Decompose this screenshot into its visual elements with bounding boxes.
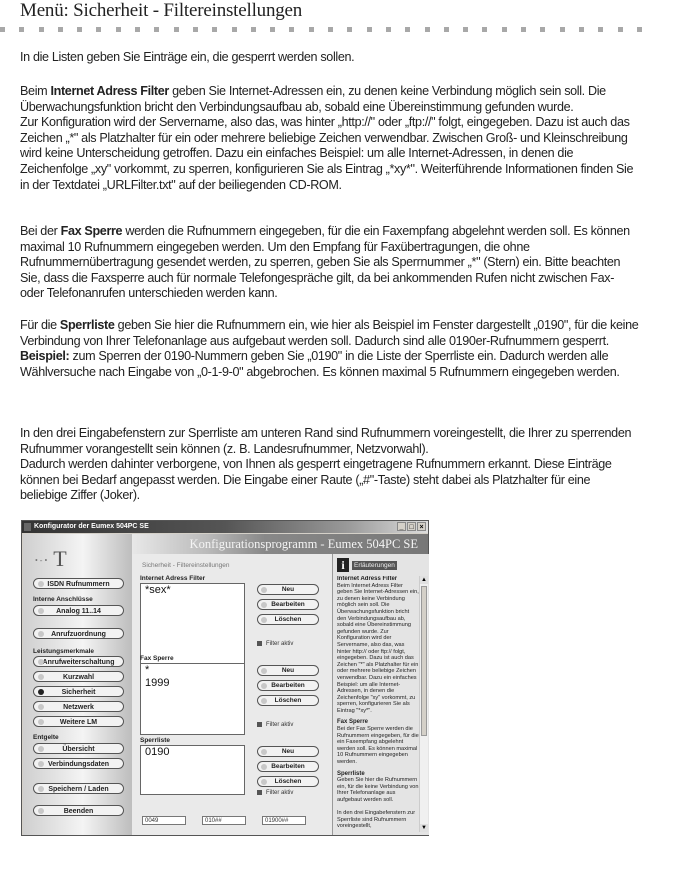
scroll-up-icon[interactable]: ▲ <box>420 576 428 584</box>
sperr-neu-button[interactable]: Neu <box>257 746 319 757</box>
fax-filter-aktiv-checkbox[interactable]: Filter aktiv <box>257 722 293 728</box>
app-banner: Konfigurationsprogramm - Eumex 504PC SE <box>132 534 428 554</box>
dotted-divider <box>0 27 656 32</box>
nav-group-interne-anschluesse: Interne Anschlüsse <box>33 596 93 603</box>
internet-bearbeiten-button[interactable]: Bearbeiten <box>257 599 319 610</box>
fax-bearbeiten-button[interactable]: Bearbeiten <box>257 680 319 691</box>
nav-verbindungsdaten[interactable]: Verbindungsdaten <box>33 758 124 769</box>
sperr-filter-aktiv-checkbox[interactable]: Filter aktiv <box>257 790 293 796</box>
list-item[interactable]: *sex* <box>141 584 244 597</box>
nav-uebersicht[interactable]: Übersicht <box>33 743 124 754</box>
maximize-button[interactable]: □ <box>407 522 416 531</box>
nav-speichern-laden[interactable]: Speichern / Laden <box>33 783 124 794</box>
nav-group-leistungsmerkmale: Leistungsmerkmale <box>33 648 94 655</box>
list-item[interactable]: 1999 <box>141 677 244 690</box>
window-titlebar: Konfigurator der Eumex 504PC SE _ □ × <box>22 521 428 533</box>
filter-settings-panel: Sicherheit - Filtereinstellungen Interne… <box>132 554 332 835</box>
internet-neu-button[interactable]: Neu <box>257 584 319 595</box>
app-icon <box>24 523 31 531</box>
nav-anrufzuordnung[interactable]: Anrufzuordnung <box>33 628 124 639</box>
internet-filter-label: Internet Adress Filter <box>140 575 205 582</box>
help-panel: i Erläuterungen Internet Adress Filter B… <box>332 554 429 835</box>
help-tab[interactable]: Erläuterungen <box>352 561 397 570</box>
sperrliste-label: Sperrliste <box>140 737 170 744</box>
nav-anrufweiterschaltung[interactable]: Anrufweiterschaltung <box>33 656 124 667</box>
prefix-input-1[interactable]: 0049 <box>142 816 186 825</box>
sperr-loeschen-button[interactable]: Löschen <box>257 776 319 787</box>
scroll-thumb[interactable] <box>421 586 427 736</box>
prefix-input-3[interactable]: 01900## <box>262 816 306 825</box>
paragraph-eingabefenster: In den drei Eingabefenstern zur Sperrlis… <box>20 426 640 504</box>
help-scrollbar[interactable]: ▲ ▼ <box>419 576 428 832</box>
sperrliste-list[interactable]: 0190 <box>140 745 245 795</box>
nav-kurzwahl[interactable]: Kurzwahl <box>33 671 124 682</box>
telekom-logo: • - •T <box>35 546 67 572</box>
fax-loeschen-button[interactable]: Löschen <box>257 695 319 706</box>
intro-text: In die Listen geben Sie Einträge ein, di… <box>20 50 640 66</box>
prefix-input-2[interactable]: 010## <box>202 816 246 825</box>
nav-isdn-rufnummern[interactable]: ISDN Rufnummern <box>33 578 124 589</box>
sperr-bearbeiten-button[interactable]: Bearbeiten <box>257 761 319 772</box>
internet-filter-aktiv-checkbox[interactable]: Filter aktiv <box>257 641 293 647</box>
fax-sperre-label: Fax Sperre <box>140 655 174 662</box>
minimize-button[interactable]: _ <box>397 522 406 531</box>
nav-netzwerk[interactable]: Netzwerk <box>33 701 124 712</box>
help-text: Internet Adress Filter Beim Internet Adr… <box>337 576 419 832</box>
close-button[interactable]: × <box>417 522 426 531</box>
internet-loeschen-button[interactable]: Löschen <box>257 614 319 625</box>
list-item[interactable]: 0190 <box>141 746 244 759</box>
paragraph-internet-filter: Beim Internet Adress Filter geben Sie In… <box>20 84 640 193</box>
fax-neu-button[interactable]: Neu <box>257 665 319 676</box>
list-item[interactable]: * <box>141 664 244 677</box>
paragraph-sperrliste: Für die Sperrliste geben Sie hier die Ru… <box>20 318 640 380</box>
info-icon: i <box>337 558 349 572</box>
nav-analog[interactable]: Analog 11..14 <box>33 605 124 616</box>
nav-beenden[interactable]: Beenden <box>33 805 124 816</box>
nav-sicherheit[interactable]: Sicherheit <box>33 686 124 697</box>
nav-weitere-lm[interactable]: Weitere LM <box>33 716 124 727</box>
window-title: Konfigurator der Eumex 504PC SE <box>34 523 149 530</box>
scroll-down-icon[interactable]: ▼ <box>420 824 428 832</box>
nav-group-entgelte: Entgelte <box>33 734 59 741</box>
paragraph-fax-sperre: Bei der Fax Sperre werden die Rufnummern… <box>20 224 640 302</box>
fax-sperre-list[interactable]: * 1999 <box>140 663 245 735</box>
configurator-window: Konfigurator der Eumex 504PC SE _ □ × • … <box>21 520 429 836</box>
navigation-sidebar: • - •T ISDN Rufnummern Interne Anschlüss… <box>23 534 132 835</box>
page-title: Menü: Sicherheit - Filtereinstellungen <box>20 0 302 22</box>
breadcrumb: Sicherheit - Filtereinstellungen <box>142 562 229 569</box>
